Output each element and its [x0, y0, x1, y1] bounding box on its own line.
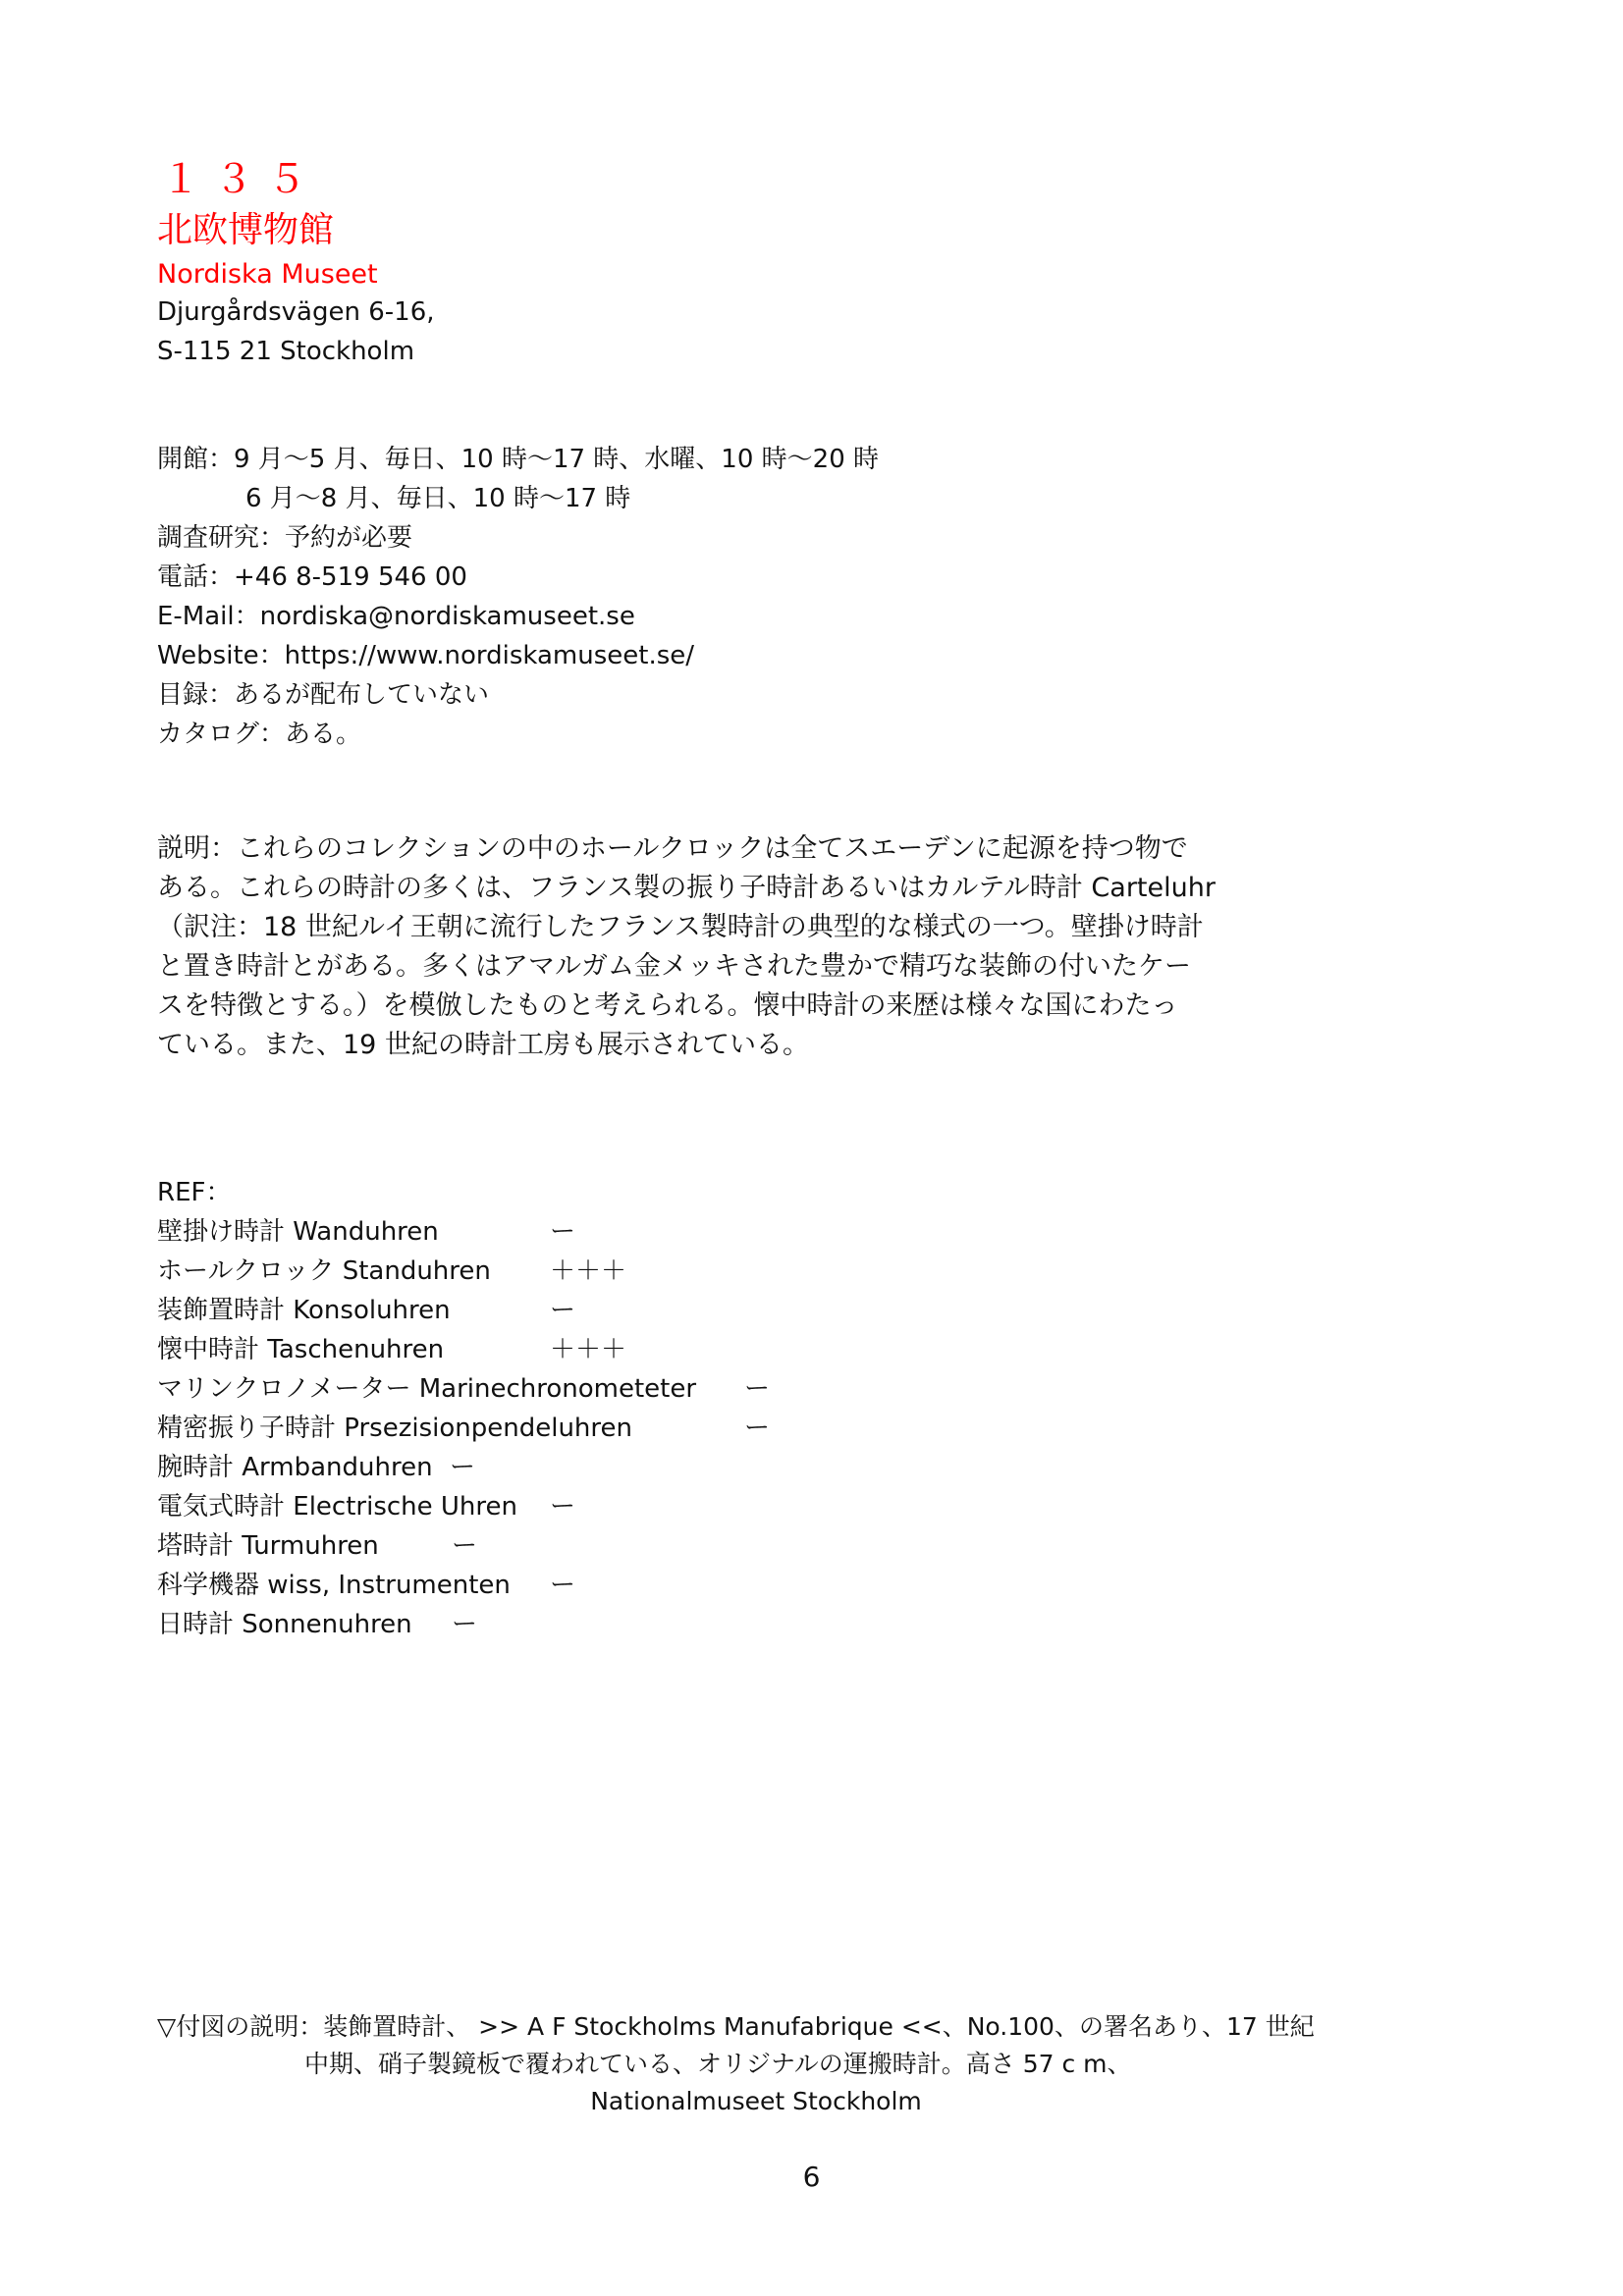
opening-hours-summer: 6 月〜8 月、毎日、10 時〜17 時	[245, 479, 630, 518]
page-number: 6	[0, 2158, 1623, 2197]
ref-item-label: 精密振り子時計 Prsezisionpendeluhren	[157, 1409, 632, 1448]
ref-item-mark: ー	[550, 1487, 575, 1526]
address-line-1: Djurgårdsvägen 6-16,	[157, 293, 435, 332]
museum-title-en: Nordiska Museet	[157, 257, 378, 293]
ref-item-label: ホールクロック Standuhren	[157, 1252, 491, 1291]
catalog-info: カタログ：ある。	[157, 715, 361, 754]
ref-item-mark: ー	[550, 1212, 575, 1252]
ref-item-mark: ー	[550, 1291, 575, 1330]
ref-item-mark: ー	[744, 1369, 770, 1409]
address-line-2: S-115 21 Stockholm	[157, 332, 414, 371]
description-line: と置き時計とがある。多くはアマルガム金メッキされた豊かで精巧な装飾の付いたケー	[157, 947, 1365, 987]
ref-item-label: マリンクロノメーター Marinechronometeter	[157, 1369, 696, 1409]
ref-item-mark: ー	[550, 1566, 575, 1605]
figure-caption-line-1: ▽付図の説明：装飾置時計、 >> A F Stockholms Manufabr…	[157, 2008, 1315, 2046]
opening-hours: 開館：9 月〜5 月、毎日、10 時〜17 時、水曜、10 時〜20 時	[157, 440, 879, 479]
research-info: 調査研究：予約が必要	[157, 518, 412, 558]
ref-item-label: 塔時計 Turmuhren	[157, 1526, 379, 1566]
inventory-info: 目録：あるが配布していない	[157, 675, 489, 715]
ref-item-label: 腕時計 Armbanduhren	[157, 1448, 433, 1487]
phone-info: 電話：+46 8-519 546 00	[157, 558, 467, 597]
ref-item-mark: ＋＋＋	[550, 1330, 626, 1369]
email-info: E-Mail：nordiska@nordiskamuseet.se	[157, 597, 635, 636]
ref-item-mark: ＋＋＋	[550, 1252, 626, 1291]
ref-item-label: 装飾置時計 Konsoluhren	[157, 1291, 451, 1330]
ref-item-label: 科学機器 wiss, Instrumenten	[157, 1566, 511, 1605]
ref-heading: REF：	[157, 1173, 231, 1212]
description-line: スを特徴とする。）を模倣したものと考えられる。懐中時計の来歴は様々な国にわたっ	[157, 987, 1365, 1026]
ref-item-label: 壁掛け時計 Wanduhren	[157, 1212, 439, 1252]
website-info: Website：https://www.nordiskamuseet.se/	[157, 636, 694, 675]
ref-item-label: 懐中時計 Taschenuhren	[157, 1330, 444, 1369]
description-line: 説明：これらのコレクションの中のホールクロックは全てスエーデンに起源を持つ物で	[157, 829, 1365, 869]
description-line: ている。また、19 世紀の時計工房も展示されている。	[157, 1026, 1365, 1065]
figure-caption-line-2: 中期、硝子製鏡板で覆われている、オリジナルの運搬時計。高さ 57 c m、	[304, 2046, 1132, 2083]
ref-item-mark: ー	[452, 1526, 477, 1566]
ref-item-mark: ー	[450, 1448, 475, 1487]
figure-caption-line-3: Nationalmuseet Stockholm	[0, 2083, 1512, 2120]
description-line: （訳注：18 世紀ルイ王朝に流行したフランス製時計の典型的な様式の一つ。壁掛け時…	[157, 908, 1365, 947]
ref-item-label: 日時計 Sonnenuhren	[157, 1605, 412, 1644]
ref-item-mark: ー	[452, 1605, 477, 1644]
description: 説明：これらのコレクションの中のホールクロックは全てスエーデンに起源を持つ物で …	[157, 829, 1365, 1065]
museum-title-ja: 北欧博物館	[157, 206, 334, 255]
description-line: ある。これらの時計の多くは、フランス製の振り子時計あるいはカルテル時計 Cart…	[157, 869, 1365, 908]
ref-item-label: 電気式時計 Electrische Uhren	[157, 1487, 517, 1526]
entry-number: １３５	[161, 155, 320, 204]
ref-item-mark: ー	[744, 1409, 770, 1448]
